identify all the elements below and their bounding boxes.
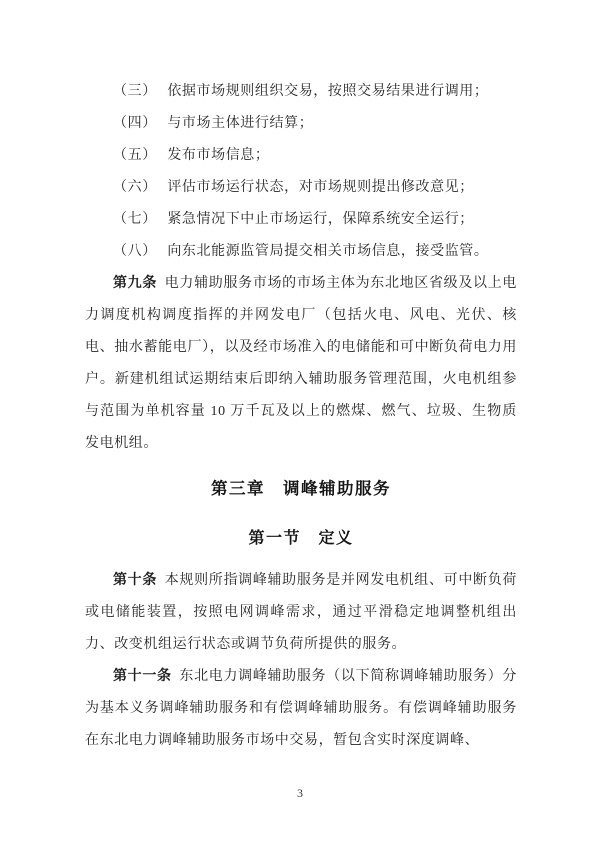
list-item-text: 向东北能源监管局提交相关市场信息，接受监管。 <box>167 244 488 259</box>
list-item: （五）发布市场信息； <box>85 140 517 172</box>
paragraph-article-9: 第九条电力辅助服务市场的市场主体为东北地区省级及以上电力调度机构调度指挥的并网发… <box>85 268 517 460</box>
list-item: （三）依据市场规则组织交易，按照交易结果进行调用； <box>85 76 517 108</box>
list-item-text: 评估市场运行状态，对市场规则提出修改意见； <box>167 180 474 195</box>
article-label: 第十一条 <box>113 669 172 684</box>
list-item-text: 发布市场信息； <box>167 148 269 163</box>
list-item: （七）紧急情况下中止市场运行，保障系统安全运行； <box>85 204 517 236</box>
paragraph-article-11: 第十一条东北电力调峰辅助服务（以下简称调峰辅助服务）分为基本义务调峰辅助服务和有… <box>85 661 517 757</box>
list-item: （六）评估市场运行状态，对市场规则提出修改意见； <box>85 172 517 204</box>
list-item: （八）向东北能源监管局提交相关市场信息，接受监管。 <box>85 236 517 268</box>
page-number: 3 <box>0 786 600 801</box>
list-item: （四）与市场主体进行结算； <box>85 108 517 140</box>
article-text: 电力辅助服务市场的市场主体为东北地区省级及以上电力调度机构调度指挥的并网发电厂（… <box>85 276 517 451</box>
document-content: （三）依据市场规则组织交易，按照交易结果进行调用； （四）与市场主体进行结算； … <box>85 76 517 757</box>
list-item-number: （三） <box>113 84 157 99</box>
document-page: （三）依据市场规则组织交易，按照交易结果进行调用； （四）与市场主体进行结算； … <box>0 0 600 848</box>
section-heading: 第一节 定义 <box>85 523 517 555</box>
list-item-number: （五） <box>113 148 157 163</box>
list-item-text: 与市场主体进行结算； <box>167 116 313 131</box>
list-item-number: （七） <box>113 212 157 227</box>
article-label: 第十条 <box>113 573 157 588</box>
list-item-text: 依据市场规则组织交易，按照交易结果进行调用； <box>167 84 488 99</box>
paragraph-article-10: 第十条本规则所指调峰辅助服务是并网发电机组、可中断负荷或电储能装置，按照电网调峰… <box>85 565 517 661</box>
list-item-number: （六） <box>113 180 157 195</box>
list-item-number: （八） <box>113 244 157 259</box>
article-label: 第九条 <box>113 276 157 291</box>
chapter-heading: 第三章 调峰辅助服务 <box>85 473 517 505</box>
list-item-number: （四） <box>113 116 157 131</box>
list-item-text: 紧急情况下中止市场运行，保障系统安全运行； <box>167 212 474 227</box>
